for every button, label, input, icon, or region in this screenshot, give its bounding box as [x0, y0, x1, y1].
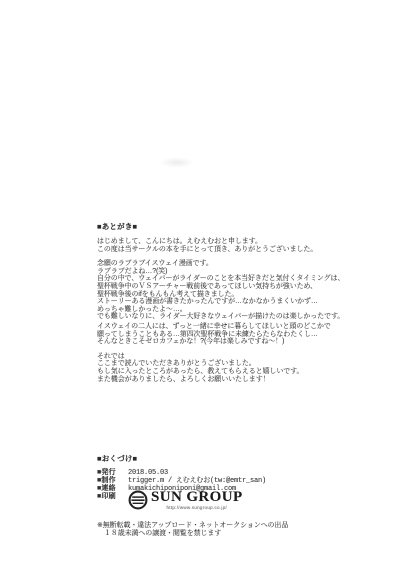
- afterword-paragraph-comic-notes: 念願のラブラブイスウェイ漫画です。 ラブラブだよね…?(笑) 自分の中で、ウェイ…: [97, 260, 389, 321]
- published-date: 2018.05.03: [128, 469, 168, 477]
- colophon-row-published: ■発行 2018.05.03: [97, 469, 392, 477]
- colophon-row-printer: ■印刷 SUN GROUP http://www.sungroup.co.jp/: [97, 493, 392, 517]
- afterword-paragraph-wishes: イスウェイの二人には、ずっと一緒に幸せに暮らしてほしいと頭のどこかで 願ってしま…: [97, 323, 389, 346]
- circle-and-author: trigger.m / えむえむお(tw:@emtr_san): [128, 477, 266, 485]
- colophon-row-production: ■制作 trigger.m / えむえむお(tw:@emtr_san): [97, 477, 392, 485]
- afterword-paragraph-greeting: はじめまして、こんにちは。えむえむおと申します。 この度は当サークルの本を手にと…: [97, 238, 389, 253]
- sun-group-circle-icon: [128, 490, 148, 510]
- scanned-afterword-page: ■あとがき■ はじめまして、こんにちは。えむえむおと申します。 この度は当サーク…: [0, 0, 400, 579]
- printer-label: ■印刷: [97, 493, 128, 501]
- colophon-section: ■おくづけ■ ■発行 2018.05.03 ■制作 trigger.m / えむ…: [97, 455, 392, 539]
- colophon-heading: ■おくづけ■: [97, 455, 392, 463]
- afterword-heading: ■あとがき■: [97, 223, 389, 231]
- production-label: ■制作: [97, 477, 128, 485]
- afterword-section: ■あとがき■ はじめまして、こんにちは。えむえむおと申します。 この度は当サーク…: [97, 223, 389, 383]
- scan-artifact: [160, 157, 194, 168]
- contact-label: ■連絡: [97, 485, 128, 493]
- published-label: ■発行: [97, 469, 128, 477]
- sun-group-logotype: SUN GROUP http://www.sungroup.co.jp/: [151, 490, 243, 511]
- printer-name: SUN GROUP: [151, 490, 243, 505]
- sun-group-logo: SUN GROUP http://www.sungroup.co.jp/: [128, 490, 243, 511]
- reproduction-disclaimer: ※無断転載・違法アップロード・ネットオークションへの出品 １８歳未満への譲渡・閲…: [97, 522, 392, 539]
- afterword-paragraph-closing: それでは ここまで読んでいただきありがとうございました。 もし気に入ったところが…: [97, 353, 389, 383]
- printer-url-caption: http://www.sungroup.co.jp/: [166, 505, 227, 510]
